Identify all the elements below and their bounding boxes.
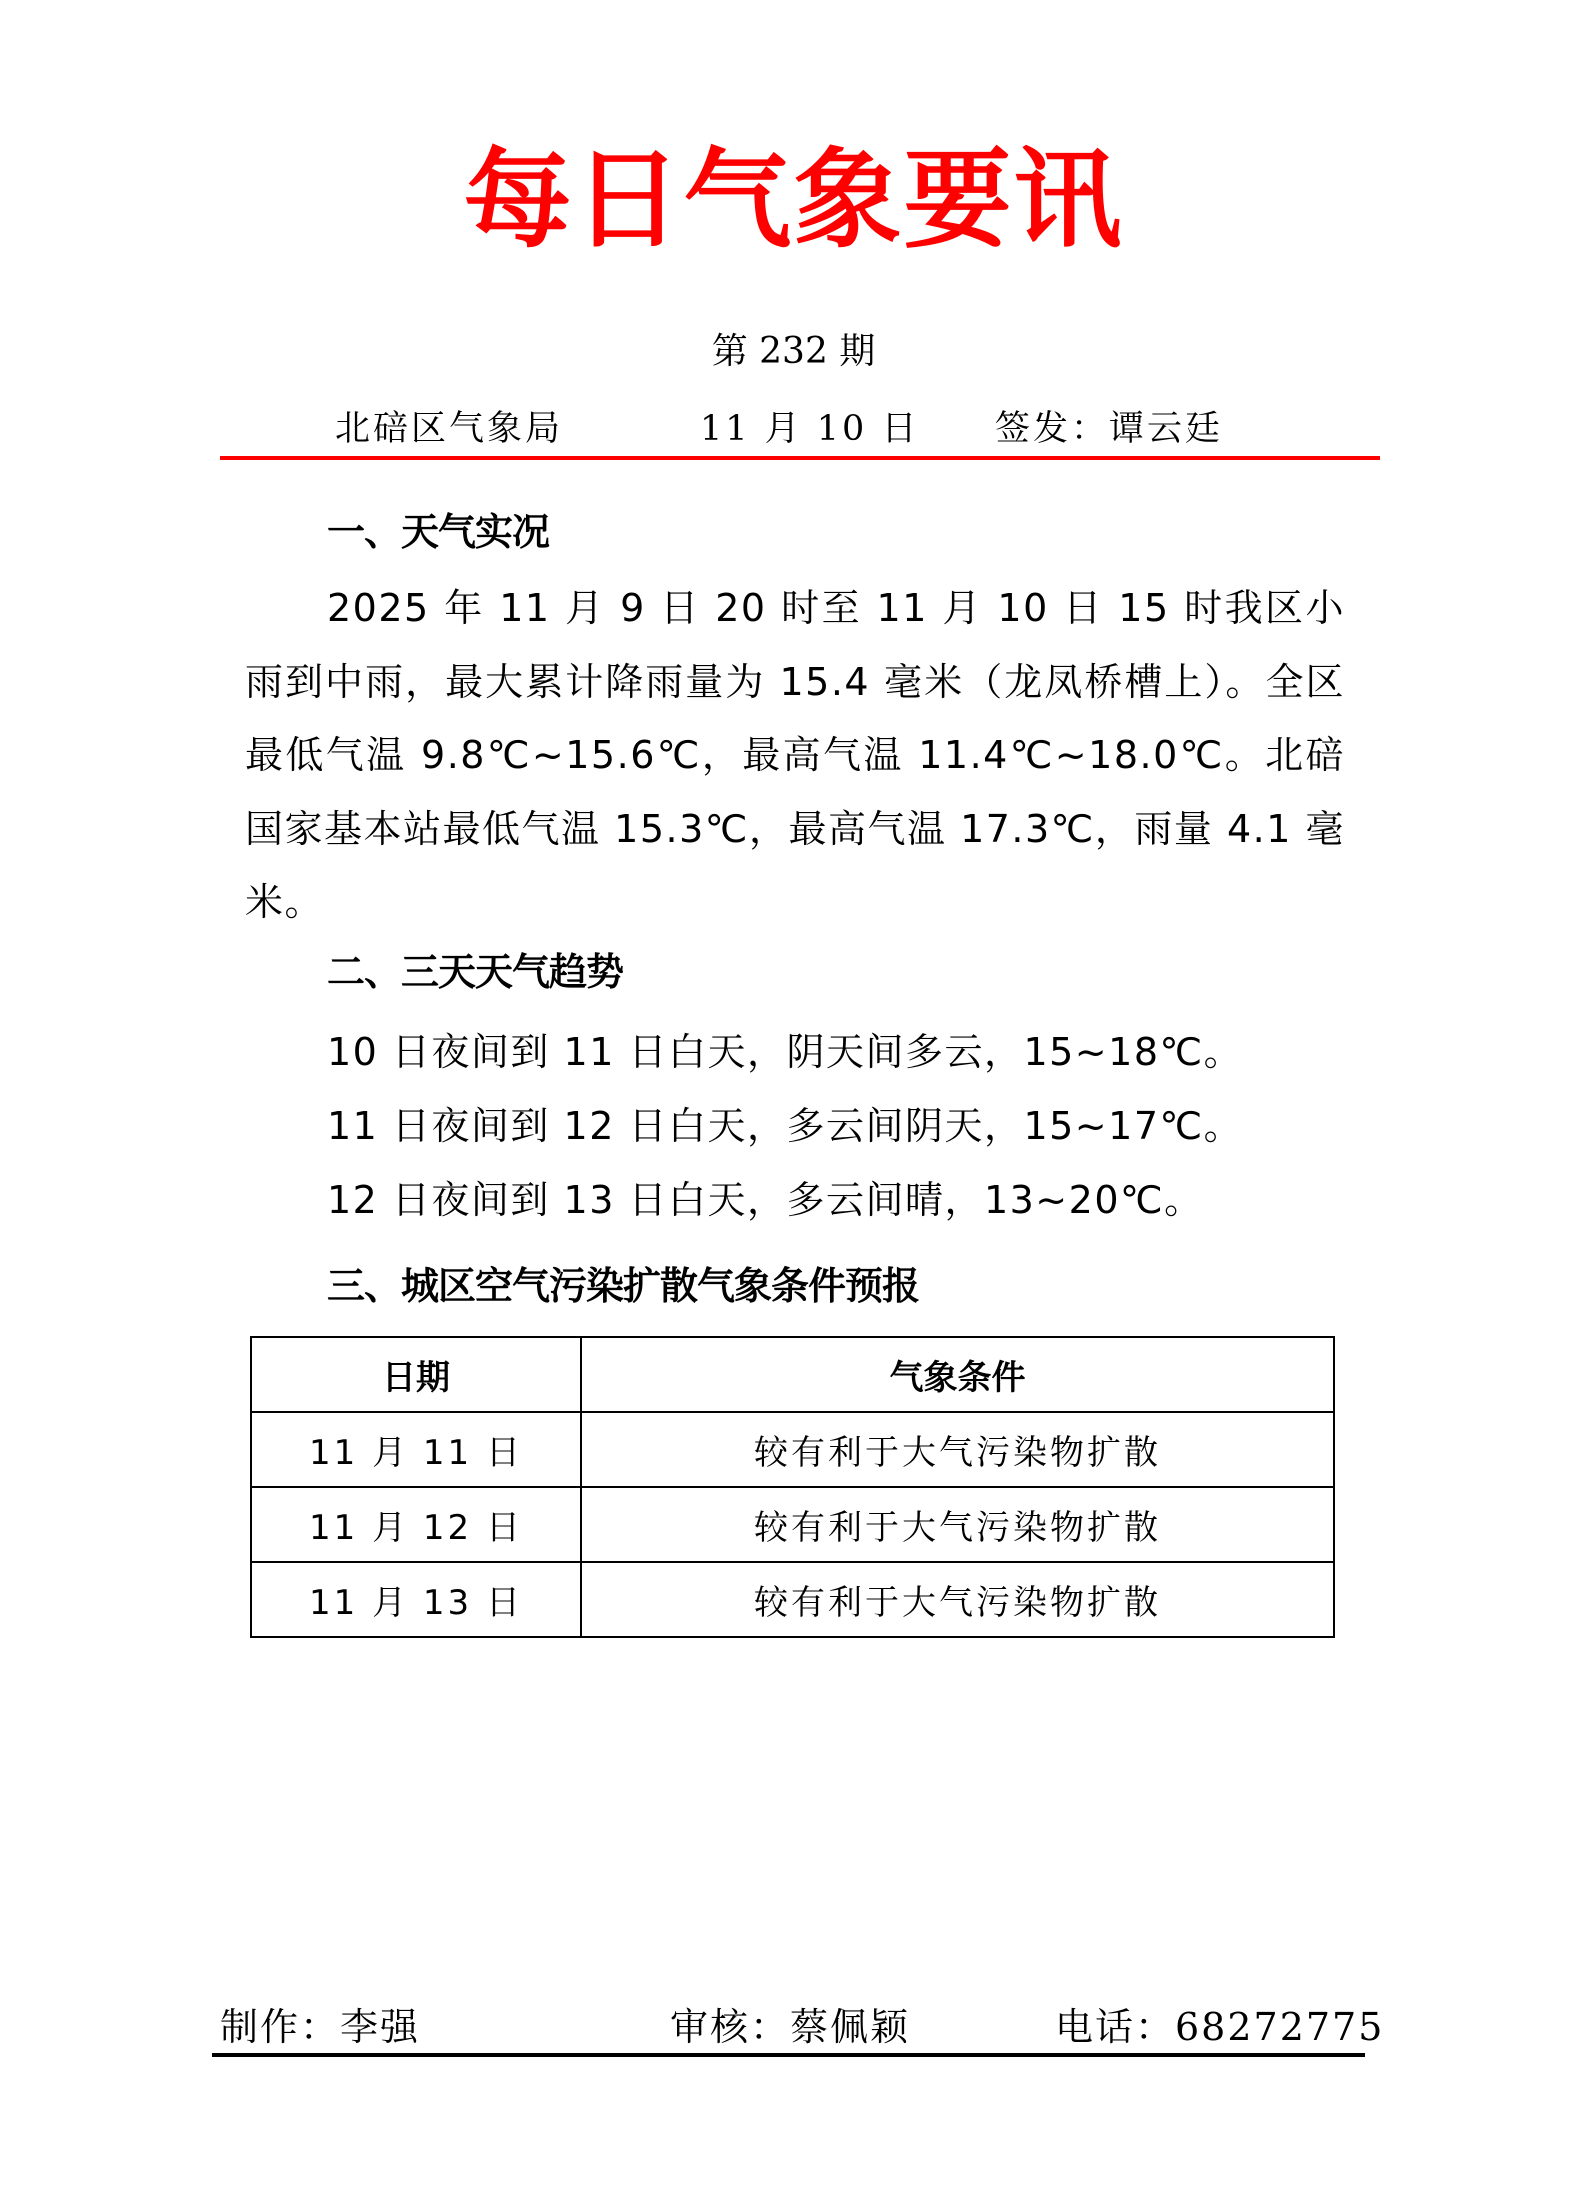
footer-divider (212, 2053, 1365, 2057)
document-title: 每日气象要讯 (0, 135, 1587, 265)
issuing-organization: 北碚区气象局 (335, 407, 563, 451)
table-row: 11 月 11 日 较有利于大气污染物扩散 (251, 1412, 1334, 1487)
table-header-row: 日期 气象条件 (251, 1337, 1334, 1412)
table-row: 11 月 12 日 较有利于大气污染物扩散 (251, 1487, 1334, 1562)
footer-maker: 制作：李强 (220, 2003, 420, 2051)
cell-date: 11 月 12 日 (251, 1487, 581, 1562)
trend-line: 12 日夜间到 13 日白天，多云间晴，13~20℃。 (327, 1176, 1204, 1224)
footer-reviewer: 审核：蔡佩颖 (670, 2003, 910, 2051)
pollution-forecast-table: 日期 气象条件 11 月 11 日 较有利于大气污染物扩散 11 月 12 日 … (250, 1336, 1335, 1638)
header-divider (220, 456, 1380, 460)
issue-date: 11 月 10 日 (700, 407, 919, 451)
section-heading-air-pollution: 三、城区空气污染扩散气象条件预报 (327, 1262, 919, 1310)
observations-paragraph: 2025 年 11 月 9 日 20 时至 11 月 10 日 15 时我区小雨… (245, 572, 1345, 940)
issue-number: 第 232 期 (0, 330, 1587, 374)
trend-line: 10 日夜间到 11 日白天，阴天间多云，15~18℃。 (327, 1028, 1243, 1076)
signer: 签发：谭云廷 (995, 407, 1223, 451)
cell-condition: 较有利于大气污染物扩散 (581, 1487, 1334, 1562)
section-heading-three-day-trend: 二、三天天气趋势 (327, 948, 623, 996)
section-heading-observations: 一、天气实况 (327, 508, 549, 556)
cell-condition: 较有利于大气污染物扩散 (581, 1412, 1334, 1487)
footer-phone: 电话：68272775 (1055, 2003, 1384, 2051)
column-header-condition: 气象条件 (581, 1337, 1334, 1412)
cell-condition: 较有利于大气污染物扩散 (581, 1562, 1334, 1637)
trend-line: 11 日夜间到 12 日白天，多云间阴天，15~17℃。 (327, 1102, 1243, 1150)
cell-date: 11 月 13 日 (251, 1562, 581, 1637)
table-row: 11 月 13 日 较有利于大气污染物扩散 (251, 1562, 1334, 1637)
cell-date: 11 月 11 日 (251, 1412, 581, 1487)
column-header-date: 日期 (251, 1337, 581, 1412)
